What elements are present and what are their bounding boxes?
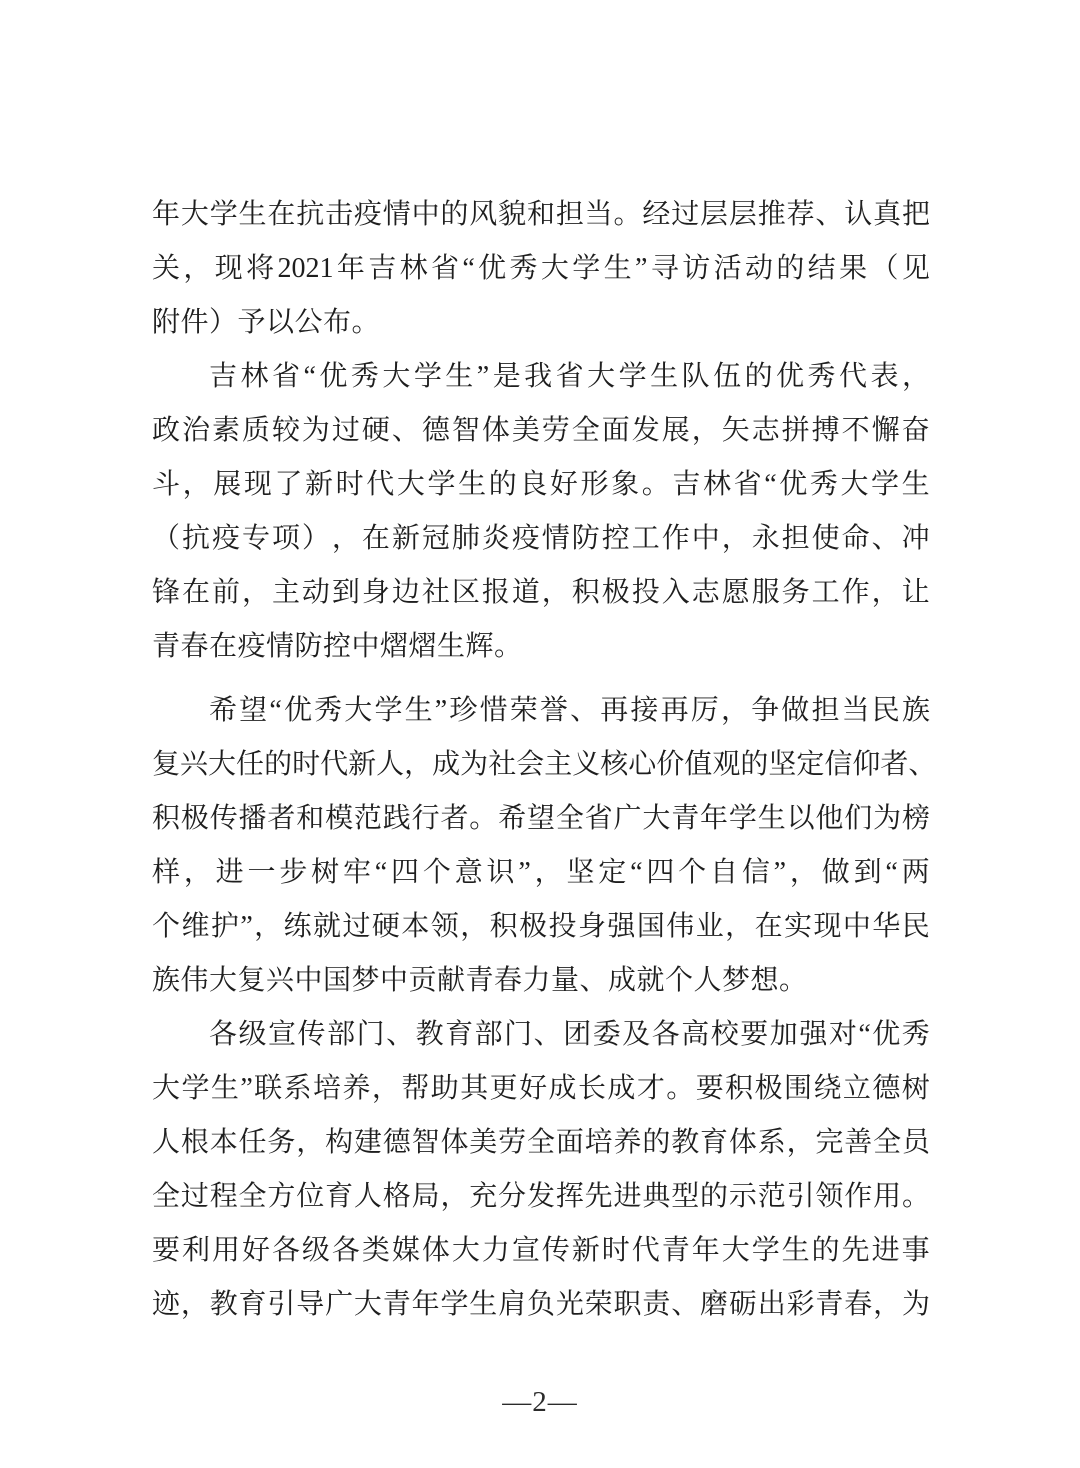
text-line: 个维护”，练就过硬本领，积极投身强国伟业，在实现中华民 <box>152 900 930 954</box>
text-line: （抗疫专项），在新冠肺炎疫情防控工作中，永担使命、冲 <box>152 512 930 566</box>
text-line: 吉林省“优秀大学生”是我省大学生队伍的优秀代表， <box>152 350 930 404</box>
text-line: 青春在疫情防控中熠熠生辉。 <box>152 620 930 674</box>
text-line: 年大学生在抗击疫情中的风貌和担当。经过层层推荐、认真把 <box>152 188 930 242</box>
text-line: 希望“优秀大学生”珍惜荣誉、再接再厉，争做担当民族 <box>152 684 930 738</box>
text-line: 样，进一步树牢“四个意识”，坚定“四个自信”，做到“两 <box>152 846 930 900</box>
text-line: 锋在前，主动到身边社区报道，积极投入志愿服务工作，让 <box>152 566 930 620</box>
text-line: 人根本任务，构建德智体美劳全面培养的教育体系，完善全员 <box>152 1116 930 1170</box>
text-line: 复兴大任的时代新人，成为社会主义核心价值观的坚定信仰者、 <box>152 738 930 792</box>
text-line: 族伟大复兴中国梦中贡献青春力量、成就个人梦想。 <box>152 954 930 1008</box>
text-line: 政治素质较为过硬、德智体美劳全面发展，矢志拼搏不懈奋 <box>152 404 930 458</box>
text-line: 积极传播者和模范践行者。希望全省广大青年学生以他们为榜 <box>152 792 930 846</box>
text-line: 要利用好各级各类媒体大力宣传新时代青年大学生的先进事 <box>152 1224 930 1278</box>
text-line: 附件）予以公布。 <box>152 296 930 350</box>
text-line: 迹，教育引导广大青年学生肩负光荣职责、磨砺出彩青春，为 <box>152 1278 930 1332</box>
page-number: —2— <box>502 1386 578 1418</box>
text-line: 各级宣传部门、教育部门、团委及各高校要加强对“优秀 <box>152 1008 930 1062</box>
text-line: 斗，展现了新时代大学生的良好形象。吉林省“优秀大学生 <box>152 458 930 512</box>
text-line: 全过程全方位育人格局，充分发挥先进典型的示范引领作用。 <box>152 1170 930 1224</box>
text-block: 年大学生在抗击疫情中的风貌和担当。经过层层推荐、认真把关，现将2021年吉林省“… <box>152 188 930 1332</box>
page-footer: —2— <box>0 1382 1080 1422</box>
text-line: 大学生”联系培养，帮助其更好成长成才。要积极围绕立德树 <box>152 1062 930 1116</box>
text-line: 关，现将2021年吉林省“优秀大学生”寻访活动的结果（见 <box>152 242 930 296</box>
document-page: 年大学生在抗击疫情中的风貌和担当。经过层层推荐、认真把关，现将2021年吉林省“… <box>0 0 1080 1468</box>
